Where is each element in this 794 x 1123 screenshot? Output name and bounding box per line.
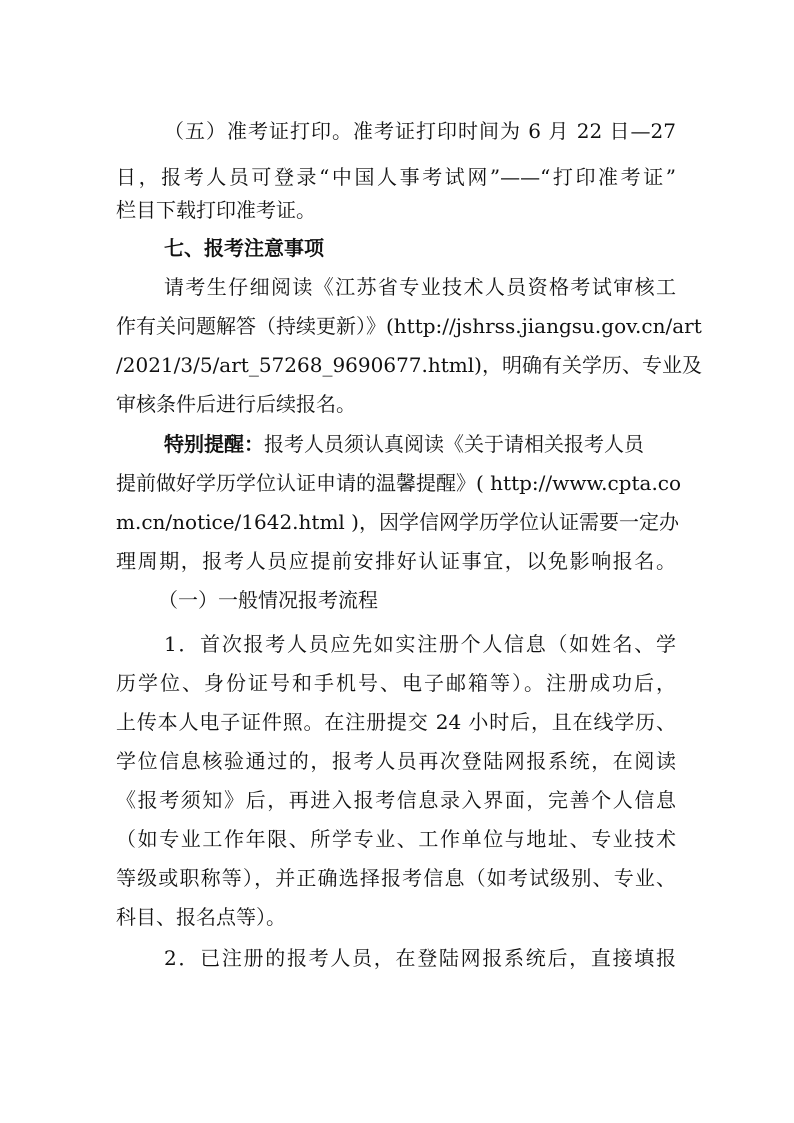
paragraph-read-faq-line-2: 作有关问题解答（持续更新）》(http://jshrss.jiangsu.gov…: [116, 312, 676, 340]
paragraph-step-1-line-1: 1．首次报考人员应先如实注册个人信息（如姓名、学: [164, 630, 676, 658]
paragraph-special-reminder-line-3: m.cn/notice/1642.html )，因学信网学历学位认证需要一定办: [116, 508, 676, 536]
paragraph-step-1-line-7: 等级或职称等），并正确选择报考信息（如考试级别、专业、: [116, 864, 676, 892]
paragraph-read-faq-line-1: 请考生仔细阅读《江苏省专业技术人员资格考试审核工: [164, 273, 676, 301]
paragraph-admission-ticket-line-1: （五）准考证打印。准考证打印时间为 6 月 22 日—27: [164, 117, 676, 145]
paragraph-step-1-line-2: 历学位、身份证号和手机号、电子邮箱等）。注册成功后，: [116, 669, 676, 697]
section-heading: 七、报考注意事项: [164, 234, 676, 262]
paragraph-special-reminder-line-1: 特别提醒：报考人员须认真阅读《关于请相关报考人员: [164, 430, 676, 458]
paragraph-step-2-line-1: 2．已注册的报考人员，在登陆网报系统后，直接填报: [164, 944, 676, 972]
document-page: （五）准考证打印。准考证打印时间为 6 月 22 日—27 日，报考人员可登录“…: [0, 0, 794, 1123]
paragraph-admission-ticket-line-3: 栏目下载打印准考证。: [116, 196, 676, 224]
paragraph-special-reminder-line-2: 提前做好学历学位认证申请的温馨提醒》( http://www.cpta.co: [116, 469, 676, 497]
paragraph-step-1-line-3: 上传本人电子证件照。在注册提交 24 小时后，且在线学历、: [116, 708, 676, 736]
paragraph-step-1-line-4: 学位信息核验通过的，报考人员再次登陆网报系统，在阅读: [116, 747, 676, 775]
special-reminder-text: 报考人员须认真阅读《关于请相关报考人员: [264, 432, 644, 456]
paragraph-read-faq-line-4: 审核条件后进行后续报名。: [116, 390, 676, 418]
special-reminder-label: 特别提醒：: [164, 432, 264, 456]
paragraph-special-reminder-line-4: 理周期，报考人员应提前安排好认证事宜，以免影响报名。: [116, 547, 676, 575]
paragraph-step-1-line-5: 《报考须知》后，再进入报考信息录入界面，完善个人信息: [116, 786, 676, 814]
paragraph-step-1-line-6: （如专业工作年限、所学专业、工作单位与地址、专业技术: [116, 825, 676, 853]
paragraph-admission-ticket-line-2: 日，报考人员可登录“中国人事考试网”——“打印准考证”: [116, 163, 676, 191]
paragraph-step-1-line-8: 科目、报名点等）。: [116, 903, 676, 931]
subsection-heading: （一）一般情况报考流程: [158, 586, 670, 614]
paragraph-read-faq-line-3: /2021/3/5/art_57268_9690677.html)，明确有关学历…: [116, 351, 676, 379]
